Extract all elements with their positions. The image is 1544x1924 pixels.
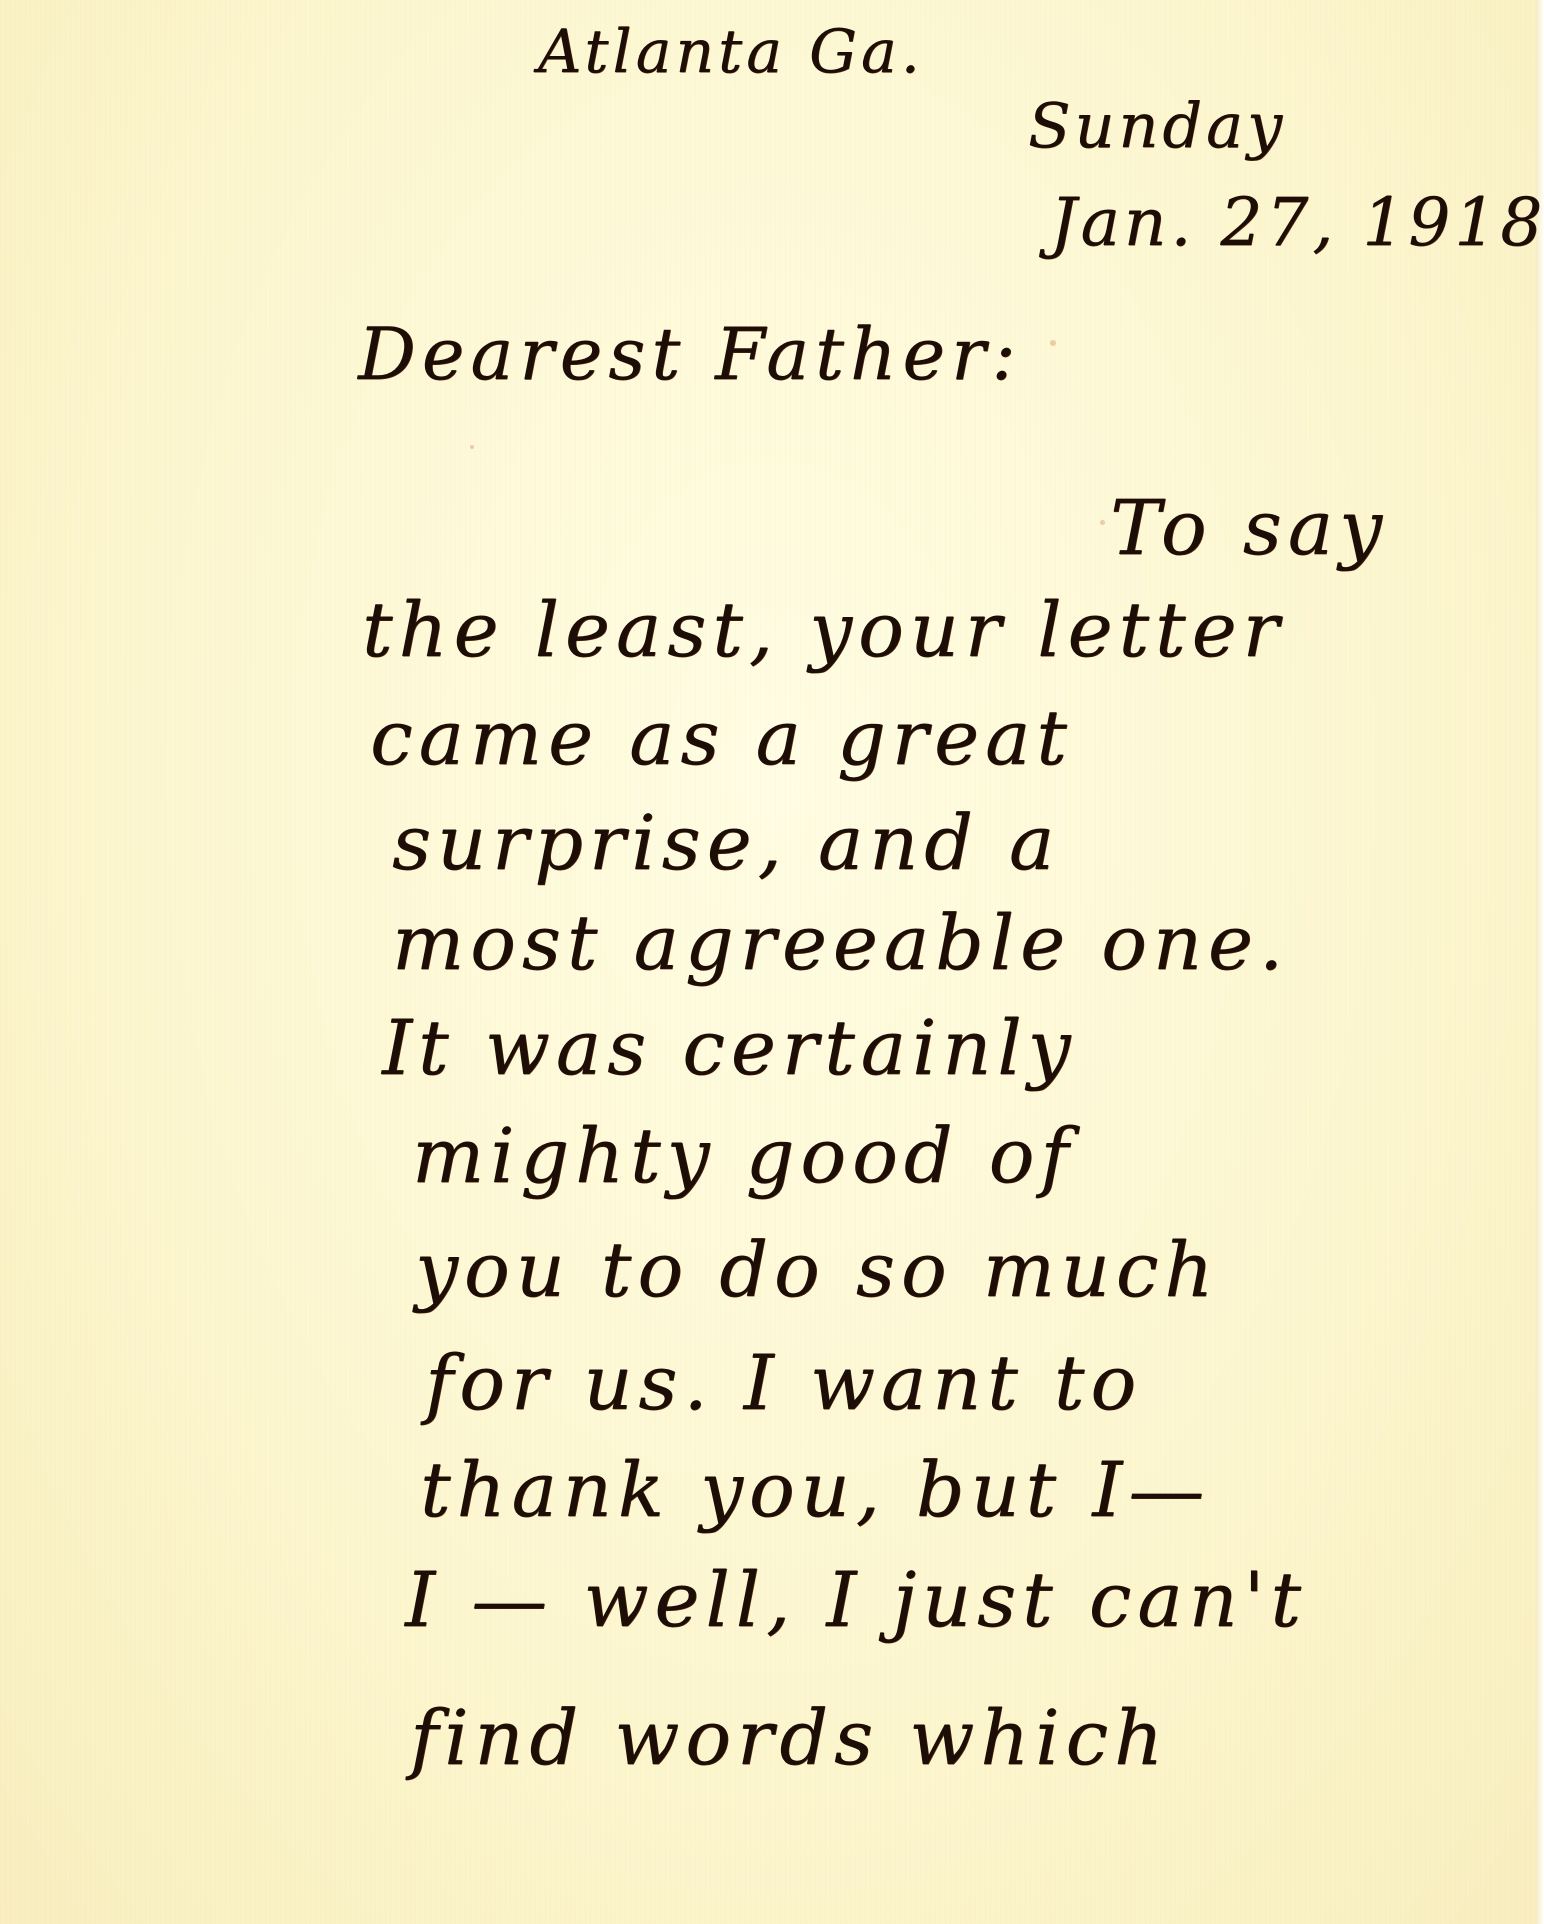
paper-edge [1536,0,1544,1924]
letter-line: for us. I want to [425,1345,1142,1421]
letter-line: find words which [410,1700,1169,1776]
letter-line: To say [1110,490,1388,566]
letter-line: It was certainly [382,1010,1076,1086]
letter-line: thank you, but I— [420,1452,1210,1528]
letter-line: mighty good of [412,1118,1074,1194]
paper-stain [1050,340,1056,346]
letter-line: I — well, I just can't [405,1562,1307,1638]
paper-stain [470,445,474,449]
letter-line: you to do so much [415,1232,1219,1308]
letter-date: Jan. 27, 1918 [1050,190,1544,256]
letter-line: the least, your letter [362,592,1285,668]
letter-salutation: Dearest Father: [358,318,1022,390]
letter-place: Atlanta Ga. [538,22,924,82]
letter-line: came as a great [370,700,1073,776]
paper-stain [1100,520,1105,525]
letter-line: surprise, and a [392,805,1060,881]
letter-day: Sunday [1028,95,1286,157]
letter-line: most agreeable one. [392,905,1289,981]
